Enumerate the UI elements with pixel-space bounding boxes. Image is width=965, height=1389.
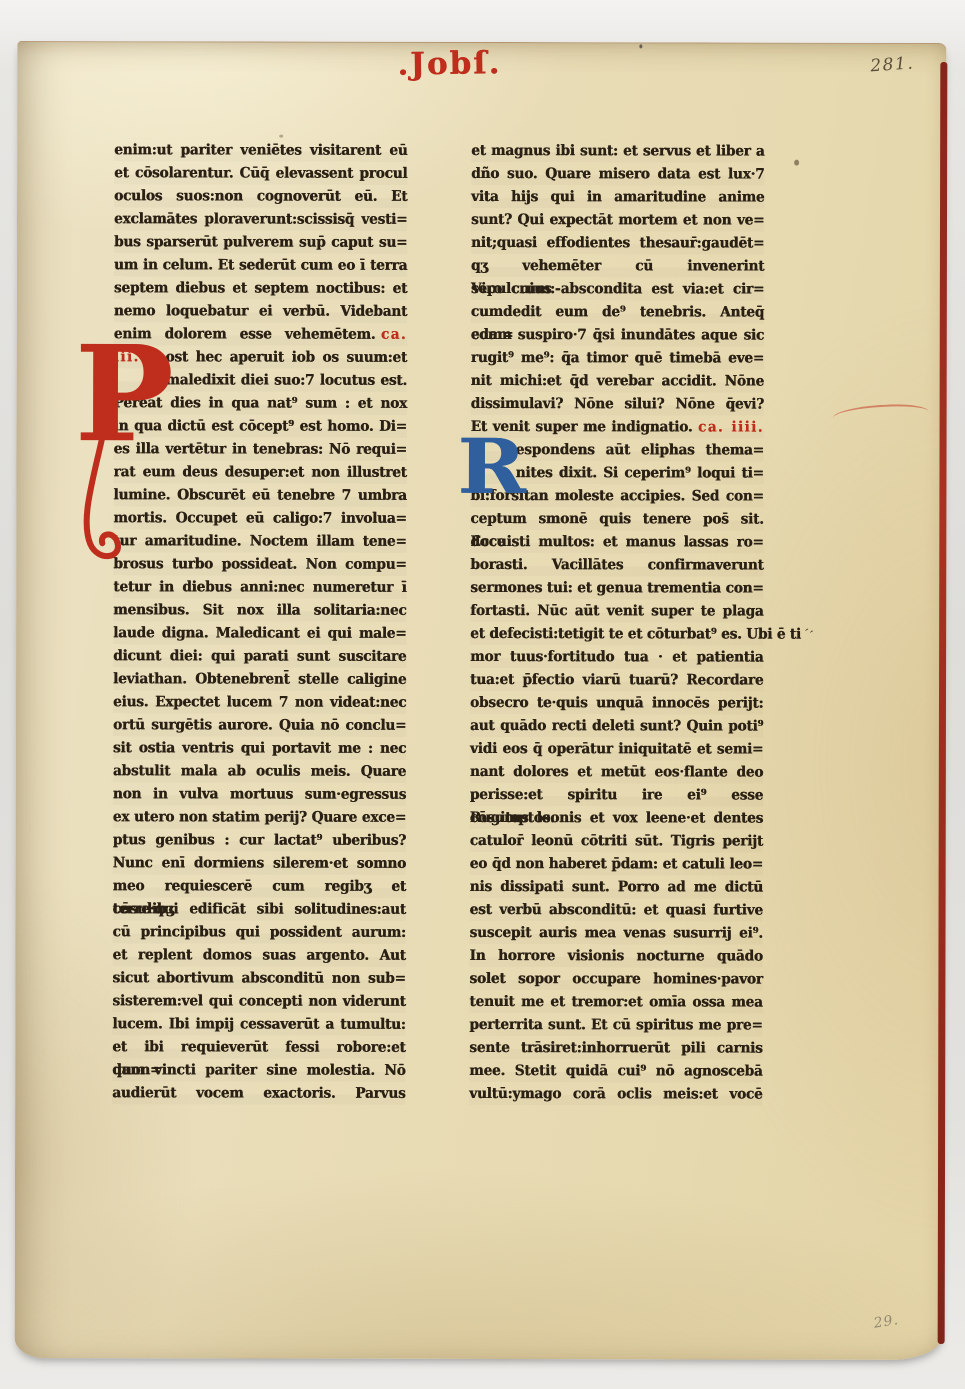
stain-speck (279, 135, 283, 138)
text-line: nant dolores et metūt eos·flante deo (470, 760, 763, 784)
text-line: sermones tui: et genua trementia con= (470, 576, 763, 600)
text-line: terre·qui edificāt sibi solitudines:aut (113, 897, 406, 921)
text-line: exclamātes ploraverunt:scissisq̄ vesti= (114, 207, 407, 231)
text-line: nit;quasi effodientes thesaur̄:gaudēt= (471, 231, 764, 255)
stain-speck (794, 160, 799, 166)
text-line: cumdedit eum de⁹ tenebris. Anteq̄ com= (471, 300, 764, 324)
text-line: non in vulva mortuus sum·egressus (113, 782, 406, 806)
text-column-right: et magnus ibi sunt: et servus et liber a… (469, 139, 764, 1106)
text-line: meo requiescerē cum regibʒ et cōsulibʒ (113, 874, 406, 898)
text-line: fortasti. Nūc aūt venit super te plaga (470, 599, 763, 623)
text-line: um in celum. Et sederūt cum eo ī terra (114, 253, 407, 277)
text-line: laude digna. Maledicant ei qui male= (113, 621, 406, 645)
text-line: et replent domos suas argento. Aut (112, 943, 405, 967)
text-line: ptus genibus : cur lactat⁹ uberibus? (113, 828, 406, 852)
text-line: et ibi requieverūt fessi robore:et quon= (112, 1035, 405, 1059)
text-line: lucem. Ibi impij cessaverūt a tumultu: (112, 1012, 405, 1036)
text-line: et magnus ibi sunt: et servus et liber a (471, 139, 764, 163)
text-line: eius. Expectet lucem 7 non videat:nec (113, 690, 406, 714)
text-line: ex utero non statim perij? Quare exce= (113, 805, 406, 829)
text-line: vita hijs qui in amaritudine anime (471, 185, 764, 209)
illuminated-initial-r: R (457, 439, 525, 494)
text-line: dicunt diei: qui parati sunt suscitare (113, 644, 406, 668)
text-line: sunt? Qui expectāt mortem et non ve= (471, 208, 764, 232)
text-line: mor tuus·fortitudo tua · et patientia (470, 645, 763, 669)
text-line: dño suo. Quare misero data est lux·7 (471, 162, 764, 186)
text-line: perterrita sunt. Et cū spiritus me pre= (469, 1013, 762, 1037)
text-line: edam suspiro·7 q̄si inundātes aque sic (471, 323, 764, 347)
pencil-foliation: 29. (873, 1312, 900, 1332)
text-line: sit ostia ventris qui portavit me : nec (113, 736, 406, 760)
text-line: leviathan. Obtenebrent̄ stelle caligine (113, 667, 406, 691)
illuminated-initial-p-icon: P (68, 340, 189, 582)
text-line: et cōsolarentur. Cūq̄ elevassent procul (114, 161, 407, 185)
rubricator-squiggle (832, 403, 928, 418)
text-line: Rugitus leonis et vox leene·et dentes (470, 806, 763, 830)
text-line: catulor̄ leonū cōtriti sūt. Tigris perij… (470, 829, 763, 853)
ink-speck (639, 44, 642, 48)
text-line: est verbū absconditū: et quasi furtive (470, 898, 763, 922)
running-title: .Jobſ. (397, 45, 501, 83)
text-line: rugit⁹ me⁹: q̄a timor quē timebā eve= (471, 346, 764, 370)
text-line: audierūt vocem exactoris. Parvus (112, 1081, 405, 1105)
text-line: tua:et p̄fectio viarū tuarū? Recordare (470, 668, 763, 692)
text-line: mensibus. Sit nox illa solitaria:nec (113, 598, 406, 622)
text-column-left: enim:ut pariter veniētes visitarent eūet… (112, 138, 407, 1105)
text-line: aut quādo recti deleti sunt? Quin poti⁹ (470, 714, 763, 738)
text-line: septem diebus et septem noctibus: et (114, 276, 407, 300)
text-line: vidi eos q̄ operātur iniquitatē et semi= (470, 737, 763, 761)
chapter-rubric: ca. iiii. (692, 418, 764, 435)
text-line: mee. Stetit quidā cui⁹ nō agnoscebā (469, 1059, 762, 1083)
text-line: oculos suos:non cognoverūt eū. Et (114, 184, 407, 208)
text-line: qʒ vehemēter cū invenerint sepulcrum:- (471, 254, 764, 278)
text-line: et defecisti:tetigit te et cōturbat⁹ es.… (470, 622, 763, 646)
text-line: solet sopor occupare homines·pavor (469, 967, 762, 991)
text-line: docuisti multos: et manus lassas ro= (470, 530, 763, 554)
text-line: perisse:et spiritu ire ei⁹ esse cōsumpto… (470, 783, 763, 807)
margin-correction-marks: ′′ (801, 626, 817, 645)
text-line: nit michi:et q̄d verebar accidit. Nōne (471, 369, 764, 393)
text-line: dissimulavi? Nōne silui? Nōne q̄evi? (471, 392, 764, 416)
text-line: Viro cuius abscondita est via:et cir= (471, 277, 764, 301)
text-line: abstulit mala ab oculis meis. Quare (113, 759, 406, 783)
red-fore-edge (938, 62, 948, 1344)
text-line: cū principibus qui possident aurum: (112, 920, 405, 944)
text-line: ortū surgētis aurore. Quia nō conclu= (113, 713, 406, 737)
text-line: tenuit me et tremor:et omīa ossa mea (469, 990, 762, 1014)
text-line: borasti. Vacillātes confirmaverunt (470, 553, 763, 577)
text-line: eo q̄d non haberet p̄dam: et catuli leo= (470, 852, 763, 876)
text-line: nis dissipati sunt. Porro ad me dictū (470, 875, 763, 899)
text-line: sisterem:vel qui concepti non viderunt (112, 989, 405, 1013)
text-line: obsecro te·quis unquā innocēs perijt: (470, 691, 763, 715)
text-line: bus sparserūt pulverem sup̄ caput su= (114, 230, 407, 254)
manuscript-page: .Jobſ. 281. enim:ut pariter veniētes vis… (15, 41, 947, 1360)
text-line: dam vincti pariter sine molestia. Nō (112, 1058, 405, 1082)
text-line: In horrore visionis nocturne quādo (469, 944, 762, 968)
drop-cap-p-letter: P (74, 317, 174, 472)
text-line: sente trāsiret:inhorruerūt pili carnis (469, 1036, 762, 1060)
folio-number: 281. (870, 53, 915, 76)
text-line: vultū:ymago corā oclis meis:et vocē (469, 1082, 762, 1106)
text-line: suscepit auris mea venas susurrij ei⁹. (469, 921, 762, 945)
text-line: enim:ut pariter veniētes visitarent eū (114, 138, 407, 162)
text-line: sicut abortivum absconditū non sub= (112, 966, 405, 990)
text-line: Nunc enī dormiens silerem·et somno (113, 851, 406, 875)
